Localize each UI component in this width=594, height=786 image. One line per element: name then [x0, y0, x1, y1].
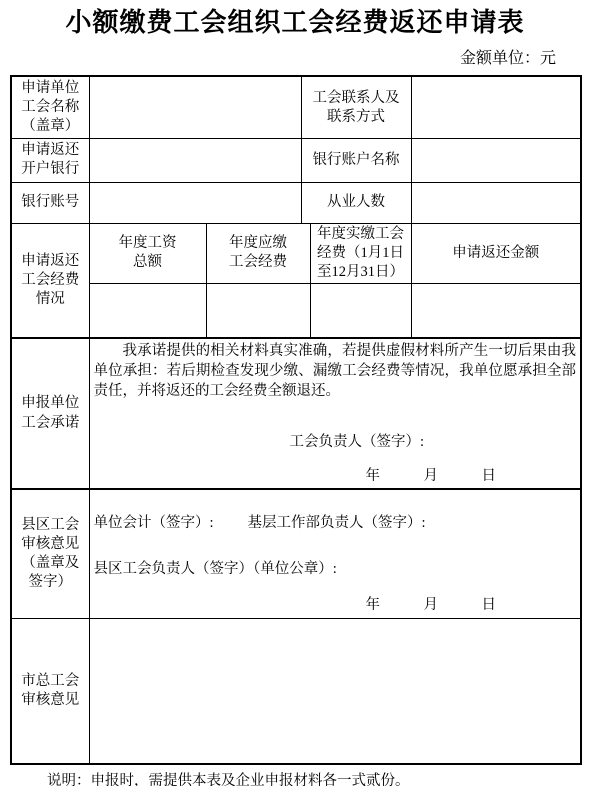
- cell-bank-account-number-value[interactable]: [89, 182, 301, 223]
- row-refund-bank: 申请返还 开户银行 银行账户名称: [11, 139, 581, 182]
- row-city-review: 市总工会 审核意见: [11, 619, 581, 764]
- pledge-text: 我承诺提供的相关材料真实准确，若提供虚假材料所产生一切后果由我单位承担：若后期检…: [94, 341, 577, 401]
- grassroots-sign-label: 基层工作部负责人（签字）:: [248, 515, 426, 531]
- cell-annual-paid-funds-value[interactable]: [310, 283, 411, 338]
- cell-city-review-value[interactable]: [89, 619, 581, 764]
- cell-union-contact-value[interactable]: [411, 76, 581, 139]
- row-pledge: 申报单位 工会承诺 我承诺提供的相关材料真实准确，若提供虚假材料所产生一切后果由…: [11, 338, 581, 488]
- header-annual-paid-funds: 年度实缴工会 经费（1月1日 至12月31日）: [310, 223, 411, 283]
- union-leader-sign-label: 工会负责人（签字）:: [94, 433, 577, 452]
- label-funds-section: 申请返还 工会经费 情况: [11, 223, 89, 338]
- header-annual-salary-total: 年度工资 总额: [89, 223, 206, 283]
- cell-refund-amount-value[interactable]: [411, 283, 581, 338]
- row-funds-headers: 申请返还 工会经费 情况 年度工资 总额 年度应缴 工会经费 年度实缴工会 经费…: [11, 223, 581, 283]
- form-page: 小额缴费工会组织工会经费返还申请表 金额单位：元 申请单位 工会名称 （盖章） …: [0, 0, 594, 786]
- row-union-name: 申请单位 工会名称 （盖章） 工会联系人及 联系方式: [11, 76, 581, 139]
- cell-annual-salary-total-value[interactable]: [89, 283, 206, 338]
- county-sign-line-1: 单位会计（签字）:基层工作部负责人（签字）:: [94, 514, 577, 533]
- cell-pledge-content: 我承诺提供的相关材料真实准确，若提供虚假材料所产生一切后果由我单位承担：若后期检…: [89, 338, 581, 488]
- label-city-review-section: 市总工会 审核意见: [11, 619, 89, 764]
- header-refund-amount: 申请返还金额: [411, 223, 581, 283]
- footnote: 说明：申报时，需提供本表及企业申报材料各一式贰份。: [10, 765, 594, 786]
- label-union-name: 申请单位 工会名称 （盖章）: [11, 76, 89, 139]
- header-annual-payable-funds: 年度应缴 工会经费: [206, 223, 310, 283]
- cell-bank-account-name-value[interactable]: [411, 139, 581, 182]
- label-county-review-section: 县区工会 审核意见 （盖章及 签字）: [11, 489, 89, 619]
- label-pledge-section: 申报单位 工会承诺: [11, 338, 89, 488]
- cell-annual-payable-funds-value[interactable]: [206, 283, 310, 338]
- cell-county-review-content: 单位会计（签字）:基层工作部负责人（签字）: 县区工会负责人（签字）（单位公章）…: [89, 489, 581, 619]
- row-county-review: 县区工会 审核意见 （盖章及 签字） 单位会计（签字）:基层工作部负责人（签字）…: [11, 489, 581, 619]
- row-bank-account-number: 银行账号 从业人数: [11, 182, 581, 223]
- cell-union-name-value[interactable]: [89, 76, 301, 139]
- label-refund-bank: 申请返还 开户银行: [11, 139, 89, 182]
- cell-refund-bank-value[interactable]: [89, 139, 301, 182]
- page-title: 小额缴费工会组织工会经费返还申请表: [10, 6, 580, 40]
- pledge-date-line: 年 月 日: [94, 467, 577, 486]
- label-bank-account-number: 银行账号: [11, 182, 89, 223]
- label-bank-account-name: 银行账户名称: [301, 139, 411, 182]
- application-form-table: 申请单位 工会名称 （盖章） 工会联系人及 联系方式 申请返还 开户银行 银行账…: [10, 75, 582, 765]
- cell-employee-count-value[interactable]: [411, 182, 581, 223]
- county-leader-sign-label: 县区工会负责人（签字）（单位公章）:: [94, 560, 577, 579]
- label-employee-count: 从业人数: [301, 182, 411, 223]
- amount-unit-note: 金额单位：元: [10, 40, 580, 75]
- accountant-sign-label: 单位会计（签字）:: [94, 514, 248, 533]
- county-date-line: 年 月 日: [94, 596, 577, 615]
- label-union-contact: 工会联系人及 联系方式: [301, 76, 411, 139]
- row-funds-values: [11, 283, 581, 338]
